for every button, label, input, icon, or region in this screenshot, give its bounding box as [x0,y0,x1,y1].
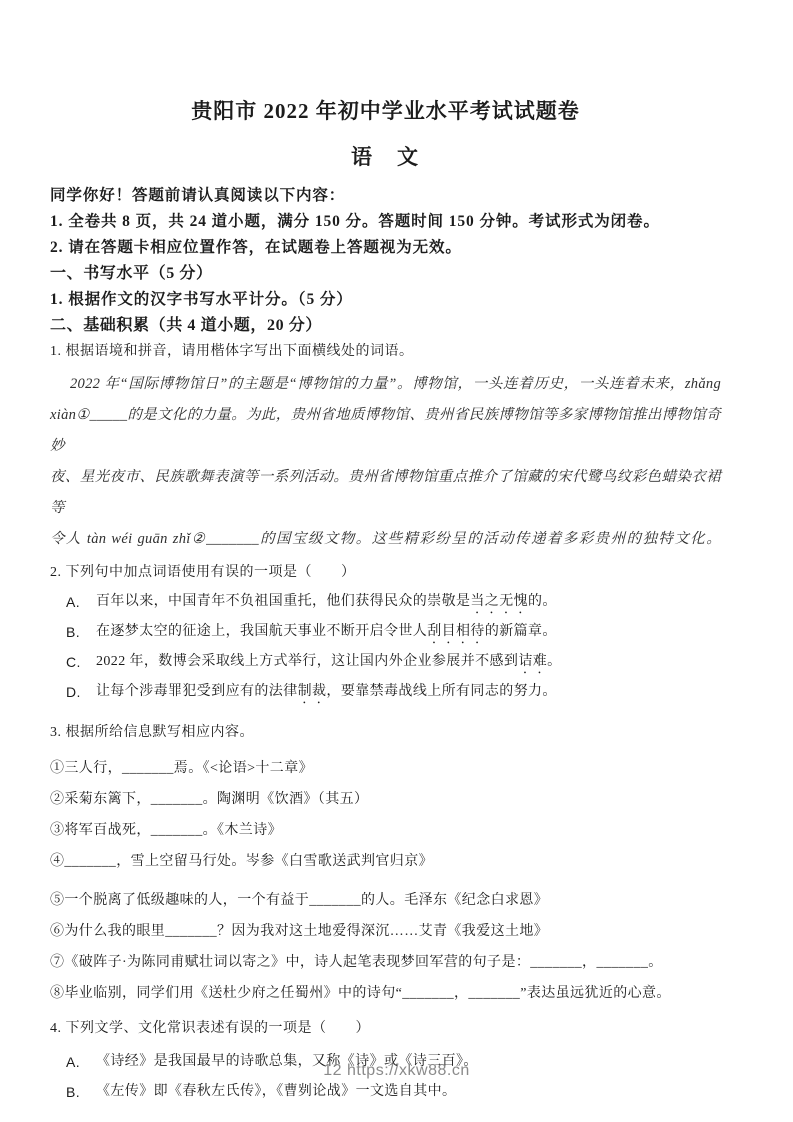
question2-option-c: C. 2022 年，数博会采取线上方式举行，这让国内外企业参展并不感到诘难。 [66,647,721,677]
option-text-pre: 百年以来，中国青年不负祖国重托，他们获得民众的崇敬是 [96,594,470,609]
option-text-post: 的新篇章。 [485,624,557,639]
option-text-post: 的。 [528,594,557,609]
option-text: 2022 年，数博会采取线上方式举行，这让国内外企业参展并不感到诘难。 [96,647,721,677]
option-letter: A. [66,587,96,617]
option-text-post: 。 [547,654,561,669]
dictation-item-4: ④_______，雪上空留马行处。岑参《白雪歌送武判官归京》 [50,846,721,877]
option-text-pre: 在逐梦太空的征途上，我国航天事业不断开启令世人 [96,624,427,639]
dictation-item-1: ①三人行，_______焉。《<论语>十二章》 [50,753,721,784]
option-letter: B. [66,1077,96,1107]
page-footer: 12 https://xkw88.cn [0,1062,793,1080]
question2-stem: 2. 下列句中加点词语使用有误的一项是（ ） [50,559,721,587]
exam-paper-page: 贵阳市 2022 年初中学业水平考试试题卷 语 文 同学你好！答题前请认真阅读以… [0,0,793,1122]
option-text-post: ，要靠禁毒战线上所有同志的努力。 [326,684,556,699]
question1-stem: 1. 根据语境和拼音，请用楷体字写出下面横线处的词语。 [50,339,721,365]
notice-item-1: 1. 全卷共 8 页，共 24 道小题，满分 150 分。答题时间 150 分钟… [50,209,721,235]
question4-option-b: B. 《左传》即《春秋左氏传》，《曹刿论战》一文选自其中。 [66,1077,721,1107]
dictation-item-6: ⑥为什么我的眼里_______？因为我对这土地爱得深沉……艾青《我爱这土地》 [50,916,721,947]
dotted-word: 刮目相待 [427,624,485,639]
dictation-item-7: ⑦《破阵子·为陈同甫赋壮词以寄之》中，诗人起笔表现梦回军营的句子是：______… [50,947,721,978]
option-letter: D. [66,677,96,707]
question2-option-b: B. 在逐梦太空的征途上，我国航天事业不断开启令世人刮目相待的新篇章。 [66,617,721,647]
option-text: 《左传》即《春秋左氏传》，《曹刿论战》一文选自其中。 [96,1077,721,1107]
option-letter: C. [66,647,96,677]
option-text: 让每个涉毒罪犯受到应有的法律制裁，要靠禁毒战线上所有同志的努力。 [96,677,721,707]
passage-line-3: 夜、星光夜市、民族歌舞表演等一系列活动。贵州省博物馆重点推介了馆藏的宋代鹭鸟纹彩… [50,462,721,524]
dictation-item-3: ③将军百战死，_______。《木兰诗》 [50,815,721,846]
notice-intro: 同学你好！答题前请认真阅读以下内容： [50,183,721,209]
section1-question1: 1. 根据作文的汉字书写水平计分。（5 分） [50,287,721,313]
option-text-pre: 2022 年，数博会采取线上方式举行，这让国内外企业参展并不感到 [96,654,518,669]
section2-heading: 二、基础积累（共 4 道小题，20 分） [50,313,721,339]
dictation-item-2: ②采菊东篱下，_______。陶渊明《饮酒》（其五） [50,784,721,815]
passage-line-4: 令人 tàn wéi guān zhǐ②_______的国宝级文物。这些精彩纷呈… [50,524,721,555]
question3-stem: 3. 根据所给信息默写相应内容。 [50,719,721,747]
exam-title: 贵阳市 2022 年初中学业水平考试试题卷 [50,0,721,125]
notice-item-2: 2. 请在答题卡相应位置作答，在试题卷上答题视为无效。 [50,235,721,261]
dotted-word: 制裁 [298,684,327,699]
page-content: 贵阳市 2022 年初中学业水平考试试题卷 语 文 同学你好！答题前请认真阅读以… [0,0,793,1107]
question2-option-d: D. 让每个涉毒罪犯受到应有的法律制裁，要靠禁毒战线上所有同志的努力。 [66,677,721,707]
option-text-pre: 让每个涉毒罪犯受到应有的法律 [96,684,298,699]
question2-option-a: A. 百年以来，中国青年不负祖国重托，他们获得民众的崇敬是当之无愧的。 [66,587,721,617]
dotted-word: 当之无愧 [470,594,528,609]
dotted-word: 诘难 [518,654,547,669]
option-letter: B. [66,617,96,647]
passage-line-1: 2022 年“国际博物馆日”的主题是“博物馆的力量”。博物馆，一头连着历史，一头… [50,369,721,400]
dictation-item-8: ⑧毕业临别，同学们用《送杜少府之任蜀州》中的诗句“_______，_______… [50,978,721,1009]
subject-title: 语 文 [50,141,721,171]
option-text: 百年以来，中国青年不负祖国重托，他们获得民众的崇敬是当之无愧的。 [96,587,721,617]
passage-line-2: xiàn①_____的是文化的力量。为此，贵州省地质博物馆、贵州省民族博物馆等多… [50,400,721,462]
question4-stem: 4. 下列文学、文化常识表述有误的一项是（ ） [50,1015,721,1043]
dictation-item-5: ⑤一个脱离了低级趣味的人，一个有益于_______的人。毛泽东《纪念白求恩》 [50,885,721,916]
option-text: 在逐梦太空的征途上，我国航天事业不断开启令世人刮目相待的新篇章。 [96,617,721,647]
section1-heading: 一、书写水平（5 分） [50,261,721,287]
